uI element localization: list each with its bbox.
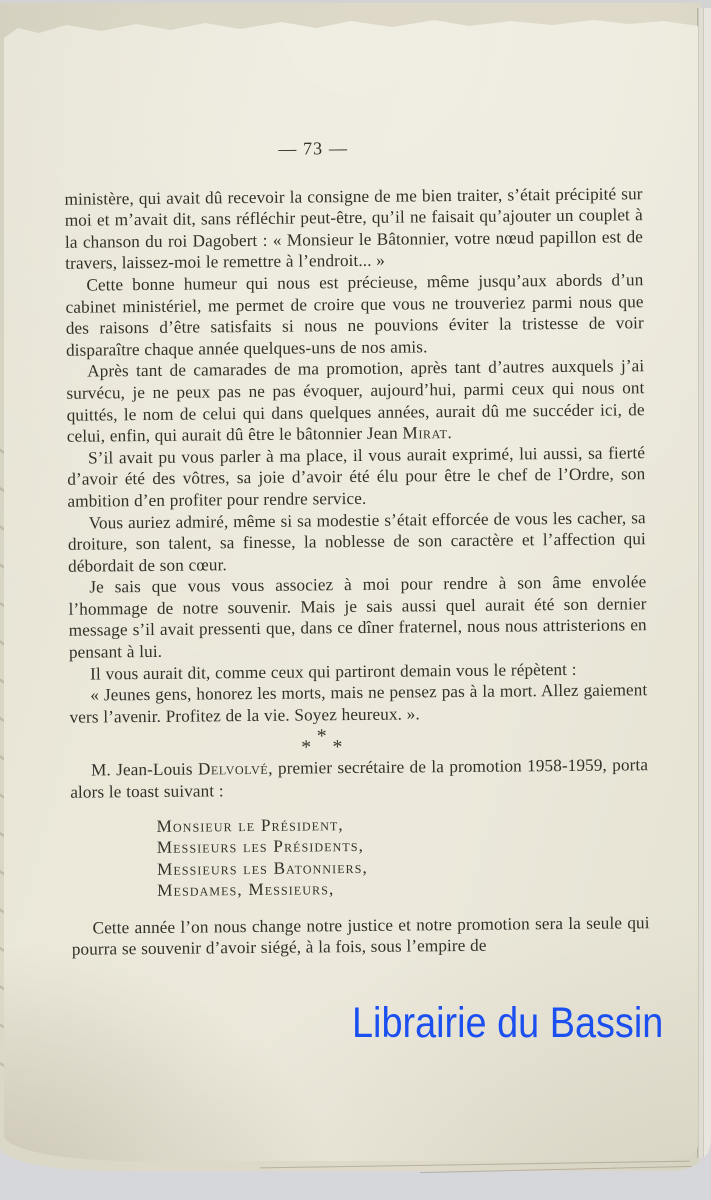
text-segment: « Jeunes gens, honorez les morts, mais n… [69, 680, 647, 726]
watermark-text: Librairie du Bassin [352, 999, 663, 1048]
text-segment: Il vous aurait dit, comme ceux qui parti… [90, 660, 577, 684]
salutation-block: Monsieur le Président,Messieurs les Prés… [156, 811, 649, 902]
asterism-bottom: * * [293, 742, 350, 754]
paragraph: « Jeunes gens, honorez les morts, mais n… [69, 679, 647, 728]
page-content: — 73 — ministère, qui avait dû recevoir … [64, 135, 650, 960]
paragraph: Cette année l’on nous change notre justi… [71, 912, 649, 961]
text-segment: S’il avait pu vous parler à ma place, il… [67, 443, 645, 511]
paragraph: Après tant de camarades de ma promotion,… [66, 356, 645, 448]
fore-edge-pages [697, 8, 711, 1158]
asterism-divider: ** * [293, 731, 351, 754]
book-page: — 73 — ministère, qui avait dû recevoir … [4, 20, 698, 1161]
text-segment: . [447, 423, 452, 442]
paragraph: Je sais que vous vous associez à moi pou… [68, 571, 647, 663]
small-caps-name: Mirat [402, 423, 447, 442]
paragraph: Vous auriez admiré, même si sa modestie … [68, 507, 647, 577]
text-segment: Après tant de camarades de ma promotion,… [66, 357, 644, 446]
text-segment: Cette bonne humeur qui nous est précieus… [66, 270, 644, 359]
page-number: — 73 — [24, 136, 602, 163]
paragraph: ministère, qui avait dû recevoir la cons… [64, 183, 643, 275]
text-segment: Vous auriez admiré, même si sa modestie … [68, 508, 646, 576]
paragraph: Cette bonne humeur qui nous est précieus… [65, 269, 644, 361]
paragraph: S’il avait pu vous parler à ma place, il… [67, 442, 646, 512]
text-segment: Je sais que vous vous associez à moi pou… [68, 572, 646, 661]
text-segment: ministère, qui avait dû recevoir la cons… [64, 184, 643, 273]
book-photo: — 73 — ministère, qui avait dû recevoir … [0, 0, 711, 1200]
text-segment: Cette année l’on nous change notre justi… [72, 913, 650, 959]
small-caps-name: Delvolvé [198, 759, 269, 779]
text-segment: M. Jean-Louis [91, 760, 198, 780]
body-text: ministère, qui avait dû recevoir la cons… [64, 183, 649, 961]
salutation-line: Mesdames, Messieurs, [157, 875, 649, 901]
paragraph: M. Jean-Louis Delvolvé, premier secrétai… [70, 755, 648, 804]
